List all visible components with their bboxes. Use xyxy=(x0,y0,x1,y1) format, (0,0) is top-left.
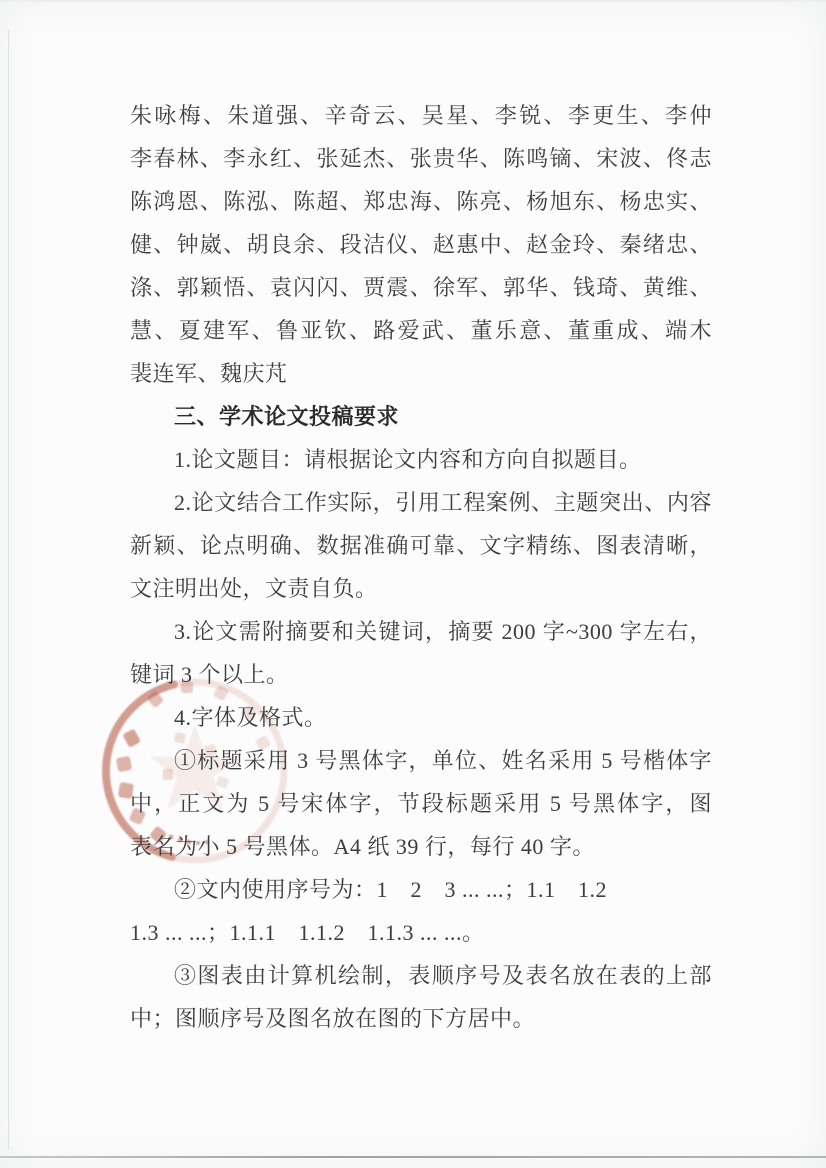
names-list-line: 裴连军、魏庆芃 xyxy=(130,352,712,395)
paragraph-line: 3.论文需附摘要和关键词，摘要 200 字~300 字左右，关 xyxy=(130,610,712,653)
paragraph-line: 表名为小 5 号黑体。A4 纸 39 行，每行 40 字。 xyxy=(130,825,712,868)
paragraph-line: 文注明出处，文责自负。 xyxy=(130,567,712,610)
names-list-line: 李春林、李永红、张延杰、张贵华、陈鸣镝、宋波、佟志文、 xyxy=(130,137,712,180)
paragraph-line: 键词 3 个以上。 xyxy=(130,653,712,696)
paragraph-line: ②文内使用序号为：1 2 3 ... ...；1.1 1.2 xyxy=(130,868,712,911)
paragraph-line: 1.论文题目：请根据论文内容和方向自拟题目。 xyxy=(130,438,712,481)
names-list-line: 朱咏梅、朱道强、辛奇云、吴星、李锐、李更生、李仲博、 xyxy=(130,94,712,137)
paragraph-line: 新颖、论点明确、数据准确可靠、文字精练、图表清晰，引 xyxy=(130,524,712,567)
paragraph-line: ①标题采用 3 号黑体字，单位、姓名采用 5 号楷体字居 xyxy=(130,739,712,782)
paragraph-line: 4.字体及格式。 xyxy=(130,696,712,739)
scan-edge-left xyxy=(8,30,9,1150)
paragraph-line: ③图表由计算机绘制，表顺序号及表名放在表的上部居 xyxy=(130,954,712,997)
scanned-document-page: 朱咏梅、朱道强、辛奇云、吴星、李锐、李更生、李仲博、 李春林、李永红、张延杰、张… xyxy=(0,0,826,1168)
paragraph-line: 中；图顺序号及图名放在图的下方居中。 xyxy=(130,997,712,1040)
scan-edge-top xyxy=(0,0,826,2)
names-list-line: 陈鸿恩、陈泓、陈超、郑忠海、陈亮、杨旭东、杨忠实、杨 xyxy=(130,180,712,223)
scan-edge-bottom xyxy=(0,1156,826,1158)
names-list-line: 慧、夏建军、鲁亚钦、路爱武、董乐意、董重成、端木琳、 xyxy=(130,309,712,352)
paragraph-line: 2.论文结合工作实际，引用工程案例、主题突出、内容 xyxy=(130,481,712,524)
document-text-block: 朱咏梅、朱道强、辛奇云、吴星、李锐、李更生、李仲博、 李春林、李永红、张延杰、张… xyxy=(130,94,712,1040)
section-heading: 三、学术论文投稿要求 xyxy=(130,395,712,438)
paragraph-line: 1.3 ... ...；1.1.1 1.1.2 1.1.3 ... ...。 xyxy=(130,911,712,954)
paragraph-line: 中，正文为 5 号宋体字，节段标题采用 5 号黑体字，图名、 xyxy=(130,782,712,825)
names-list-line: 涤、郭颖悟、袁闪闪、贾震、徐军、郭华、钱琦、黄维、康 xyxy=(130,266,712,309)
names-list-line: 健、钟崴、胡良余、段洁仪、赵惠中、赵金玲、秦绪忠、唐 xyxy=(130,223,712,266)
